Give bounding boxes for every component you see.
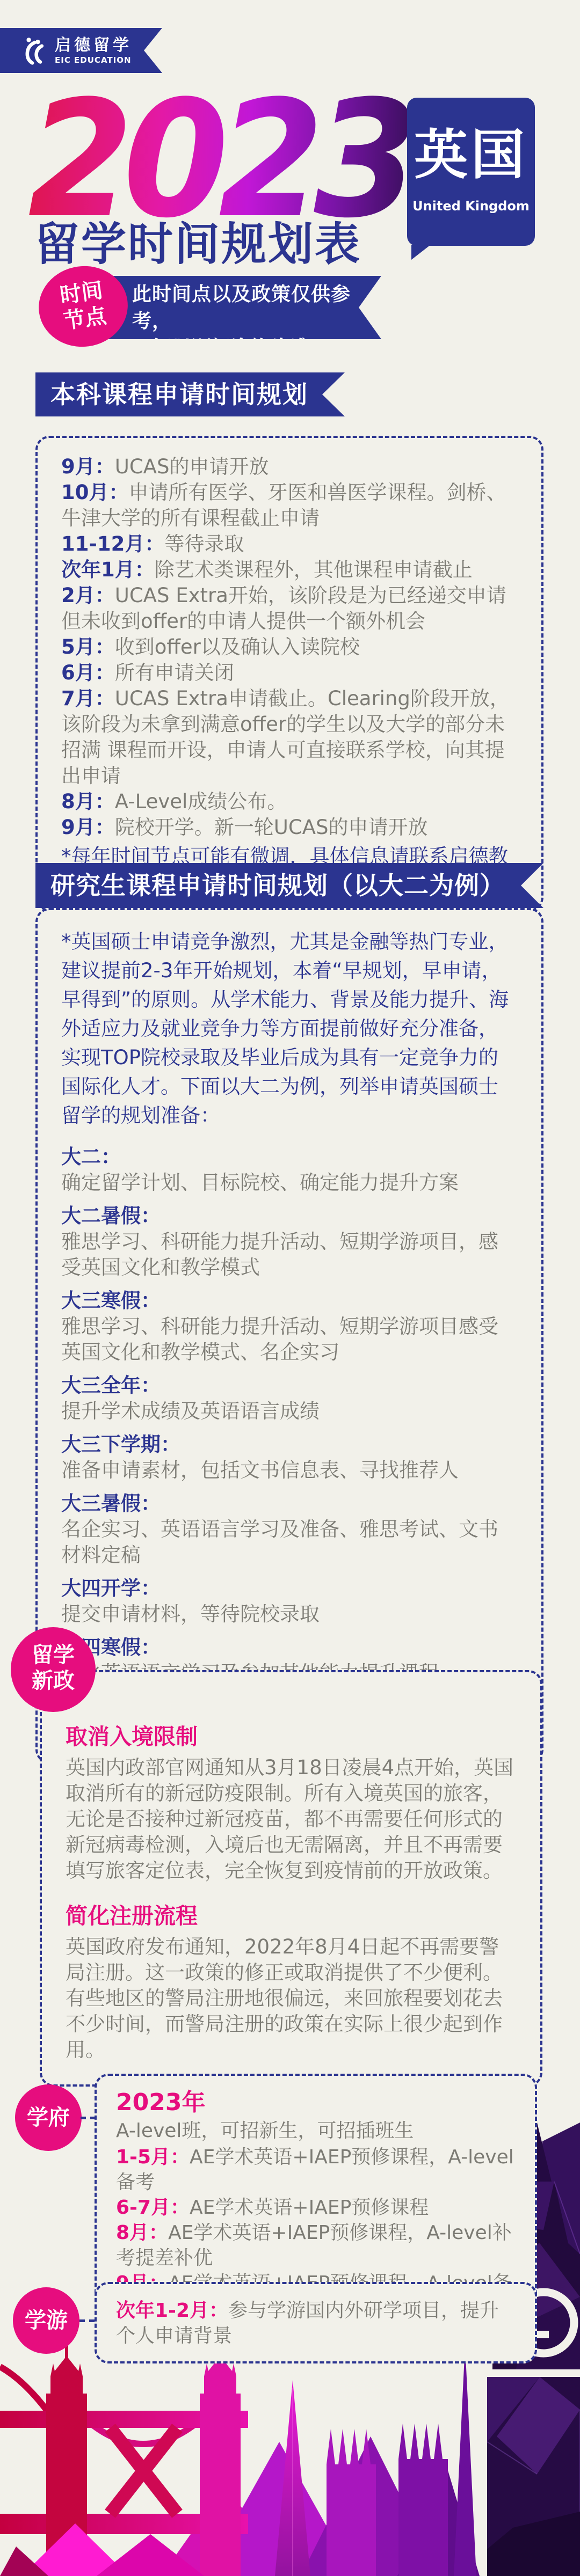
list-item: 大三全年：提升学术成绩及英语语言成绩 bbox=[61, 1373, 518, 1424]
list-item: 1-5月：AE学术英语+IAEP预修课程，A-level备考 bbox=[116, 2145, 516, 2195]
list-item: 5月：收到offer以及确认入读院校 bbox=[61, 634, 518, 660]
item-label: 8月： bbox=[61, 790, 115, 813]
item-text: 名企实习、英语语言学习及准备、雅思考试、文书材料定稿 bbox=[61, 1518, 498, 1567]
tours-list: 次年1-2月：参与学游国内外研学项目，提升个人申请背景 bbox=[116, 2298, 516, 2348]
item-text: UCAS Extra开始，该阶段是为已经递交申请但未收到offer的申请人提供一… bbox=[61, 584, 506, 633]
item-label: 8月： bbox=[116, 2222, 168, 2244]
schools-connector-line bbox=[81, 2117, 96, 2119]
list-item: 大三寒假：雅思学习、科研能力提升活动、短期学游项目感受英国文化和教学模式、名企实… bbox=[61, 1288, 518, 1365]
list-item: 简化注册流程英国政府发布通知，2022年8月4日起不再需要警局注册。这一政策的修… bbox=[66, 1903, 517, 2063]
item-label: 大四开学： bbox=[61, 1576, 518, 1601]
item-label: 9月： bbox=[61, 816, 115, 839]
list-item: 2月：UCAS Extra开始，该阶段是为已经递交申请但未收到offer的申请人… bbox=[61, 583, 518, 634]
list-item: 取消入境限制英国内政部官网通知从3月18日凌晨4点开始，英国取消所有的新冠防疫限… bbox=[66, 1724, 517, 1884]
list-item: 大三暑假：名企实习、英语语言学习及准备、雅思考试、文书材料定稿 bbox=[61, 1491, 518, 1568]
list-item: 大四开学：提交申请材料，等待院校录取 bbox=[61, 1576, 518, 1627]
item-label: 次年1-2月： bbox=[116, 2300, 228, 2322]
section2-intro: *英国硕士申请竞争激烈，尤其是金融等热门专业，建议提前2-3年开始规划，本着“早… bbox=[61, 927, 518, 1130]
item-label: 取消入境限制 bbox=[66, 1724, 517, 1750]
item-label: 大二暑假： bbox=[61, 1203, 518, 1229]
item-label: 大三暑假： bbox=[61, 1491, 518, 1517]
item-text: UCAS Extra申请截止。Clearing阶段开放，该阶段为未拿到满意off… bbox=[61, 687, 510, 787]
list-item: 9月：院校开学。新一轮UCAS的申请开放 bbox=[61, 815, 518, 840]
poster: 启德留学 EIC EDUCATION 2023 英国 United Kingdo… bbox=[0, 0, 580, 2576]
item-text: AE学术英语+IAEP预修课程 bbox=[190, 2197, 429, 2219]
brand-banner: 启德留学 EIC EDUCATION bbox=[0, 28, 162, 73]
item-text: 确定留学计划、目标院校、确定能力提升方案 bbox=[61, 1171, 459, 1194]
policy-badge: 留学 新政 bbox=[11, 1627, 96, 1712]
list-item: 9月：UCAS的申请开放 bbox=[61, 454, 518, 480]
item-label: 大三下学期： bbox=[61, 1432, 518, 1458]
notice-line1: 此时间点以及政策仅供参考， bbox=[132, 281, 381, 335]
item-label: 10月： bbox=[61, 481, 129, 504]
tours-box: 次年1-2月：参与学游国内外研学项目，提升个人申请背景 bbox=[95, 2282, 537, 2363]
item-text: 雅思学习、科研能力提升活动、短期学游项目感受英国文化和教学模式、名企实习 bbox=[61, 1315, 498, 1364]
item-label: 次年1月： bbox=[61, 558, 155, 581]
notice-line2: 一切以顾问咨询为准 bbox=[132, 335, 381, 362]
page-title: 留学时间规划表 bbox=[34, 208, 361, 273]
item-label: 7月： bbox=[61, 687, 115, 710]
list-item: 10月：申请所有医学、牙医和兽医学课程。剑桥、牛津大学的所有课程截止申请 bbox=[61, 480, 518, 531]
list-item: 6-7月：AE学术英语+IAEP预修课程 bbox=[116, 2195, 516, 2220]
schools-badge: 学府 bbox=[15, 2084, 82, 2151]
list-item: 6月：所有申请关闭 bbox=[61, 660, 518, 686]
item-label: 6-7月： bbox=[116, 2197, 190, 2219]
list-item: 11-12月：等待录取 bbox=[61, 531, 518, 557]
list-item: 8月：AE学术英语+IAEP预修课程，A-level补考提差补优 bbox=[116, 2220, 516, 2271]
brand-name-cn: 启德留学 bbox=[55, 36, 132, 54]
item-text: A-Level成绩公布。 bbox=[115, 790, 287, 813]
tours-badge: 学游 bbox=[13, 2287, 79, 2354]
item-label: 11-12月： bbox=[61, 532, 164, 555]
postgraduate-timeline-box: *英国硕士申请竞争激烈，尤其是金融等热门专业，建议提前2-3年开始规划，本着“早… bbox=[35, 908, 543, 1763]
item-label: 大三寒假： bbox=[61, 1288, 518, 1314]
item-label: 1-5月： bbox=[116, 2146, 190, 2168]
item-text: 收到offer以及确认入读院校 bbox=[115, 635, 360, 658]
eic-logo-icon bbox=[18, 35, 48, 65]
item-text: 除艺术类课程外，其他课程申请截止 bbox=[155, 558, 473, 581]
section1-title: 本科课程申请时间规划 bbox=[50, 380, 308, 409]
item-label: 5月： bbox=[61, 635, 115, 658]
section1-title-ribbon: 本科课程申请时间规划 bbox=[35, 372, 345, 416]
item-text: 英国内政部官网通知从3月18日凌晨4点开始，英国取消所有的新冠防疫限制。所有入境… bbox=[66, 1756, 513, 1882]
schools-heading: 2023年 bbox=[116, 2090, 516, 2115]
item-text: 提交申请材料，等待院校录取 bbox=[61, 1602, 320, 1626]
list-item: 次年1-2月：参与学游国内外研学项目，提升个人申请背景 bbox=[116, 2298, 516, 2348]
item-label: 9月： bbox=[61, 455, 115, 478]
list-item: 7月：UCAS Extra申请截止。Clearing阶段开放，该阶段为未拿到满意… bbox=[61, 686, 518, 789]
item-text: UCAS的申请开放 bbox=[115, 455, 269, 478]
brand-name-en: EIC EDUCATION bbox=[55, 56, 132, 65]
item-text: 院校开学。新一轮UCAS的申请开放 bbox=[115, 816, 428, 839]
schools-subtitle: A-level班，可招新生，可招插班生 bbox=[116, 2118, 516, 2143]
country-bubble: 英国 United Kingdom bbox=[407, 98, 535, 246]
section2-title: 研究生课程申请时间规划（以大二为例） bbox=[50, 871, 505, 900]
item-text: 所有申请关闭 bbox=[115, 661, 234, 684]
list-item: 次年1月：除艺术类课程外，其他课程申请截止 bbox=[61, 557, 518, 583]
item-label: 大二： bbox=[61, 1144, 518, 1170]
list-item: 8月：A-Level成绩公布。 bbox=[61, 789, 518, 815]
item-label: 大三全年： bbox=[61, 1373, 518, 1399]
undergraduate-timeline-box: 9月：UCAS的申请开放10月：申请所有医学、牙医和兽医学课程。剑桥、牛津大学的… bbox=[35, 436, 543, 911]
item-text: 准备申请素材，包括文书信息表、寻找推荐人 bbox=[61, 1459, 459, 1482]
item-label: 2月： bbox=[61, 584, 115, 607]
item-label: 简化注册流程 bbox=[66, 1903, 517, 1929]
country-name-en: United Kingdom bbox=[407, 199, 535, 214]
item-text: 英国政府发布通知，2022年8月4日起不再需要警局注册。这一政策的修正或取消提供… bbox=[66, 1935, 503, 2061]
tours-connector-line bbox=[79, 2319, 95, 2322]
item-text: 雅思学习、科研能力提升活动、短期学游项目，感受英国文化和教学模式 bbox=[61, 1230, 498, 1279]
item-text: 等待录取 bbox=[164, 532, 244, 555]
list-item: 大三下学期：准备申请素材，包括文书信息表、寻找推荐人 bbox=[61, 1432, 518, 1483]
item-label: 6月： bbox=[61, 661, 115, 684]
postgraduate-timeline-list: 大二：确定留学计划、目标院校、确定能力提升方案大二暑假：雅思学习、科研能力提升活… bbox=[61, 1144, 518, 1745]
undergraduate-timeline-list: 9月：UCAS的申请开放10月：申请所有医学、牙医和兽医学课程。剑桥、牛津大学的… bbox=[61, 454, 518, 840]
list-item: 大二暑假：雅思学习、科研能力提升活动、短期学游项目，感受英国文化和教学模式 bbox=[61, 1203, 518, 1280]
policy-box: 取消入境限制英国内政部官网通知从3月18日凌晨4点开始，英国取消所有的新冠防疫限… bbox=[40, 1670, 542, 2087]
item-text: AE学术英语+IAEP预修课程，A-level补考提差补优 bbox=[116, 2222, 512, 2269]
list-item: 大二：确定留学计划、目标院校、确定能力提升方案 bbox=[61, 1144, 518, 1196]
item-label: 大四寒假： bbox=[61, 1635, 518, 1660]
country-name-cn: 英国 bbox=[407, 112, 535, 189]
brand-text: 启德留学 EIC EDUCATION bbox=[55, 36, 132, 65]
section2-title-ribbon: 研究生课程申请时间规划（以大二为例） bbox=[35, 863, 543, 908]
item-text: 提升学术成绩及英语语言成绩 bbox=[61, 1400, 320, 1423]
